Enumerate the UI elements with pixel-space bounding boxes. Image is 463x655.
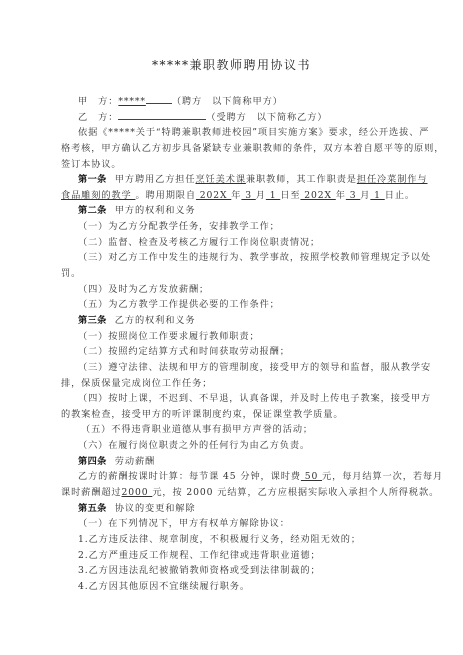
article2-heading: 第二条 bbox=[78, 205, 107, 216]
text: 日至 bbox=[280, 190, 300, 201]
text: 日止。 bbox=[385, 190, 415, 201]
article4-line2: 课时薪酬超过2000 元，按 2000 元结算，乙方应根据实际收入承担个人所得税… bbox=[61, 485, 409, 501]
article3-item: 的教案检查，接受甲方的听评课制度约束，保证课堂教学质量。 bbox=[61, 407, 409, 423]
article3-heading: 第三条 bbox=[78, 315, 107, 326]
article5-title: 协议的变更和解除 bbox=[115, 503, 196, 514]
text: 甲方聘用乙方担任 bbox=[115, 174, 196, 185]
course-name: 烹饪美术课 bbox=[195, 174, 245, 185]
article4-title: 劳动薪酬 bbox=[115, 456, 155, 467]
article5-heading: 第五条 bbox=[78, 503, 107, 514]
document-title: *****兼职教师聘用协议书 bbox=[0, 56, 463, 73]
preamble-line: 格考核，甲方确认乙方初步具备紧缺专业兼职教师的条件，双方本着自愿平等的原则， bbox=[61, 141, 409, 157]
article3-item: （一）按照岗位工作要求履行教师职责； bbox=[61, 329, 409, 345]
document-body: 甲 方：*****（聘方 以下简称甲方） 乙 方：（受聘方 以下简称乙方） 依据… bbox=[61, 94, 409, 595]
party-b-blank bbox=[118, 110, 206, 120]
text: 兼职教师，其工作职责是 bbox=[246, 174, 357, 185]
article2-item: （五）为乙方教学工作提供必要的工作条件； bbox=[61, 297, 409, 313]
article2-item: （二）监督、检查及考核乙方履行工作岗位职责情况； bbox=[61, 235, 409, 251]
party-a-blank bbox=[146, 94, 172, 104]
text: 月 bbox=[256, 190, 266, 201]
article2-item: （一）为乙方分配教学任务，安排教学工作； bbox=[61, 219, 409, 235]
text: 乙方的薪酬按课时计算：每节课 45 分钟，课时费 bbox=[78, 471, 301, 482]
duty-text: 担任冷菜制作与 bbox=[357, 174, 428, 185]
duty-text: 食品雕刻的教学 bbox=[61, 190, 135, 201]
article2-item: （三）对乙方工作中发生的违规行为、教学事故，按照学校教师管理规定予以处 bbox=[61, 250, 409, 266]
end-month: 3 bbox=[346, 190, 360, 201]
article3-item: （三）遵守法律、法规和甲方的管理制度，接受甲方的领导和监督，服从教学安 bbox=[61, 360, 409, 376]
party-a-note: （聘方 以下简称甲方） bbox=[172, 96, 283, 107]
article2-item: （四）及时为乙方发放薪酬； bbox=[61, 282, 409, 298]
text: 月 bbox=[360, 190, 370, 201]
preamble-line: 签订本协议。 bbox=[61, 157, 409, 173]
article3-item: （四）按时上课，不迟到、不早退，认真备课，并及时上传电子教案，接受甲方 bbox=[61, 391, 409, 407]
article5-item: 4.乙方因其他原因不宜继续履行职务。 bbox=[61, 579, 409, 595]
article4-heading: 第四条 bbox=[78, 456, 107, 467]
article3-item: （二）按照约定结算方式和时间获取劳动报酬； bbox=[61, 344, 409, 360]
text: 课时薪酬超过 bbox=[61, 487, 122, 498]
party-b-note: （受聘方 以下简称乙方） bbox=[206, 112, 327, 123]
article4-line1: 乙方的薪酬按课时计算：每节课 45 分钟，课时费 50 元，每月结算一次，若每月 bbox=[61, 469, 409, 485]
text: 元，按 2000 元结算，乙方应根据实际收入承担个人所得税款。 bbox=[152, 487, 439, 498]
article1-line2: 食品雕刻的教学 。聘用期限自 202X 年 3 月 1 日至 202X 年 3 … bbox=[61, 188, 409, 204]
article5-item: （一）在下列情况下，甲方有权单方解除协议： bbox=[61, 516, 409, 532]
party-a-line: 甲 方：*****（聘方 以下简称甲方） bbox=[61, 94, 409, 110]
article5-item: 1.乙方违反法律、规章制度，不积极履行义务，经劝阻无效的； bbox=[61, 532, 409, 548]
monthly-cap: 2000 bbox=[122, 487, 153, 498]
start-year: 202X bbox=[196, 190, 231, 201]
article5-heading-line: 第五条协议的变更和解除 bbox=[61, 501, 409, 517]
start-month: 3 bbox=[241, 190, 255, 201]
article3-item: （六）在履行岗位职责之外的任何行为由乙方负责。 bbox=[61, 438, 409, 454]
article3-heading-line: 第三条乙方的权利和义务 bbox=[61, 313, 409, 329]
article5-item: 3.乙方因违法乱纪被撤销教师资格或受到法律制裁的； bbox=[61, 563, 409, 579]
hourly-fee: 50 bbox=[301, 471, 322, 482]
party-a-label: 甲 方： bbox=[78, 96, 118, 107]
party-a-value: ***** bbox=[118, 96, 145, 107]
article3-item: 排，保质保量完成岗位工作任务； bbox=[61, 376, 409, 392]
article3-item: （五）不得违背职业道德从事有损甲方声誉的活动； bbox=[61, 422, 409, 438]
article3-title: 乙方的权利和义务 bbox=[115, 315, 196, 326]
text: 。聘用期限自 bbox=[135, 190, 196, 201]
start-day: 1 bbox=[266, 190, 280, 201]
text: 年 bbox=[231, 190, 241, 201]
preamble-line: 依据《*****关于“特聘兼职教师进校园”项目实施方案》要求，经公开选拔、严 bbox=[61, 125, 409, 141]
document-page: *****兼职教师聘用协议书 甲 方：*****（聘方 以下简称甲方） 乙 方：… bbox=[0, 0, 463, 655]
party-b-line: 乙 方：（受聘方 以下简称乙方） bbox=[61, 110, 409, 126]
article2-title: 甲方的权利和义务 bbox=[115, 205, 196, 216]
end-day: 1 bbox=[370, 190, 384, 201]
article2-item: 罚。 bbox=[61, 266, 409, 282]
text: 元，每月结算一次，若每月 bbox=[322, 471, 443, 482]
article2-heading-line: 第二条甲方的权利和义务 bbox=[61, 203, 409, 219]
end-year: 202X bbox=[300, 190, 335, 201]
article1-heading: 第一条 bbox=[78, 174, 107, 185]
article4-heading-line: 第四条劳动薪酬 bbox=[61, 454, 409, 470]
article5-item: 2.乙方严重违反工作规程、工作纪律或违背职业道德； bbox=[61, 548, 409, 564]
article1-line1: 第一条甲方聘用乙方担任烹饪美术课兼职教师，其工作职责是担任冷菜制作与 bbox=[61, 172, 409, 188]
party-b-label: 乙 方： bbox=[78, 112, 118, 123]
text: 年 bbox=[336, 190, 346, 201]
